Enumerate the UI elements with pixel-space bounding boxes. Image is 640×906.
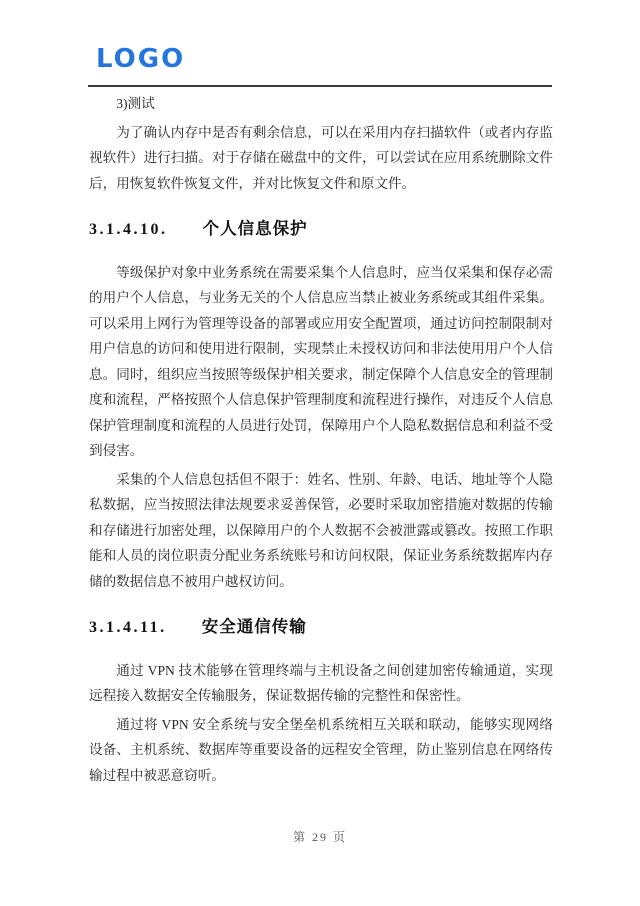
section-number: 3.1.4.10. [89,221,168,238]
document-content: 3)测试 为了确认内存中是否有剩余信息，可以在采用内存扫描软件（或者内存监视软件… [89,91,553,791]
paragraph-memory-check: 为了确认内存中是否有剩余信息，可以在采用内存扫描软件（或者内存监视软件）进行扫描… [89,120,553,197]
paragraph-personal-info-1: 等级保护对象中业务系统在需要采集个人信息时，应当仅采集和保存必需的用户个人信息，… [89,260,553,464]
section-number: 3.1.4.11. [89,619,167,636]
list-item-test: 3)测试 [89,91,553,117]
section-heading-personal-info: 3.1.4.10. 个人信息保护 [89,216,553,243]
page-number: 第 29 页 [0,828,640,845]
paragraph-vpn-2: 通过将 VPN 安全系统与安全堡垒机系统相互关联和联动，能够实现网络设备、主机系… [89,712,553,789]
section-heading-secure-comm: 3.1.4.11. 安全通信传输 [89,614,553,641]
section-title: 个人信息保护 [203,220,308,238]
header-divider [88,85,552,87]
company-logo: LOGO [96,44,185,74]
section-title: 安全通信传输 [202,618,307,636]
paragraph-vpn-1: 通过 VPN 技术能够在管理终端与主机设备之间创建加密传输通道，实现远程接入数据… [89,658,553,709]
document-page: LOGO 3)测试 为了确认内存中是否有剩余信息，可以在采用内存扫描软件（或者内… [0,0,640,906]
paragraph-personal-info-2: 采集的个人信息包括但不限于：姓名、性别、年龄、电话、地址等个人隐私数据，应当按照… [89,467,553,595]
